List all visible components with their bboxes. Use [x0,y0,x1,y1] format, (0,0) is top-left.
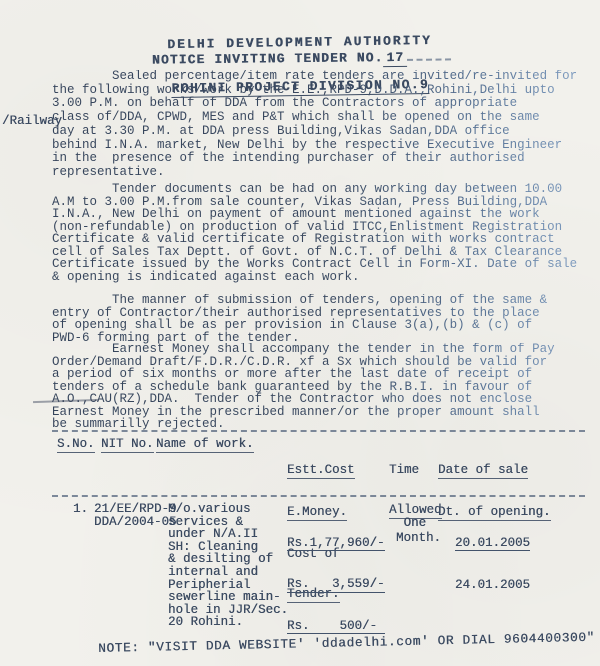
row1-dates: 20.01.2005 24.01.2005 [455,511,530,621]
tender-number-underline-tail [407,46,451,60]
row1-earnest-money: Rs. 3,559/- [287,578,385,592]
row1-tender-cost: Rs. 500/- [287,620,385,634]
paragraph-2: Tender documents can be had on any worki… [52,183,592,283]
paragraph-1: Sealed percentage/item rate tenders are … [52,70,592,180]
row1-estimated-cost: Rs.1,77,960/- [287,537,385,551]
row1-name-of-work: M/o.various services & under N/A.II SH: … [168,503,288,629]
col-header-sno-label: S.No. [57,438,95,453]
col-header-date-line1: Date of sale [438,464,528,479]
row1-date-of-sale: 20.01.2005 [455,537,530,551]
notice-title: NOTICE INVITING TENDER NO.17 [152,46,451,69]
tender-number: 17 [383,50,407,67]
table-top-rule [52,430,585,432]
row1-sno: 1. [73,503,88,516]
row1-nit-number: 21/EE/RPD-9 DDA/2004-05 [94,503,177,529]
notice-title-label: NOTICE INVITING TENDER NO. [152,50,384,67]
col-header-work: Name of work. [156,438,254,453]
row1-date-of-opening: 24.01.2005 [455,579,530,592]
col-header-time-line1: Time [389,464,419,477]
col-header-nit: NIT No. [101,438,154,453]
col-header-sno: S.No. [57,438,95,453]
paragraph-3: The manner of submission of tenders, ope… [52,294,592,344]
col-header-work-label: Name of work. [156,438,254,453]
col-header-nit-label: NIT No. [101,438,154,453]
scanned-tender-notice-page: DELHI DEVELOPMENT AUTHORITY ROHINI PROJE… [0,0,600,666]
row1-time-allowed: One Month. [396,516,441,546]
paragraph-4: Earnest Money shall accompany the tender… [52,343,592,431]
col-header-cost-line1: Estt.Cost [287,464,355,479]
